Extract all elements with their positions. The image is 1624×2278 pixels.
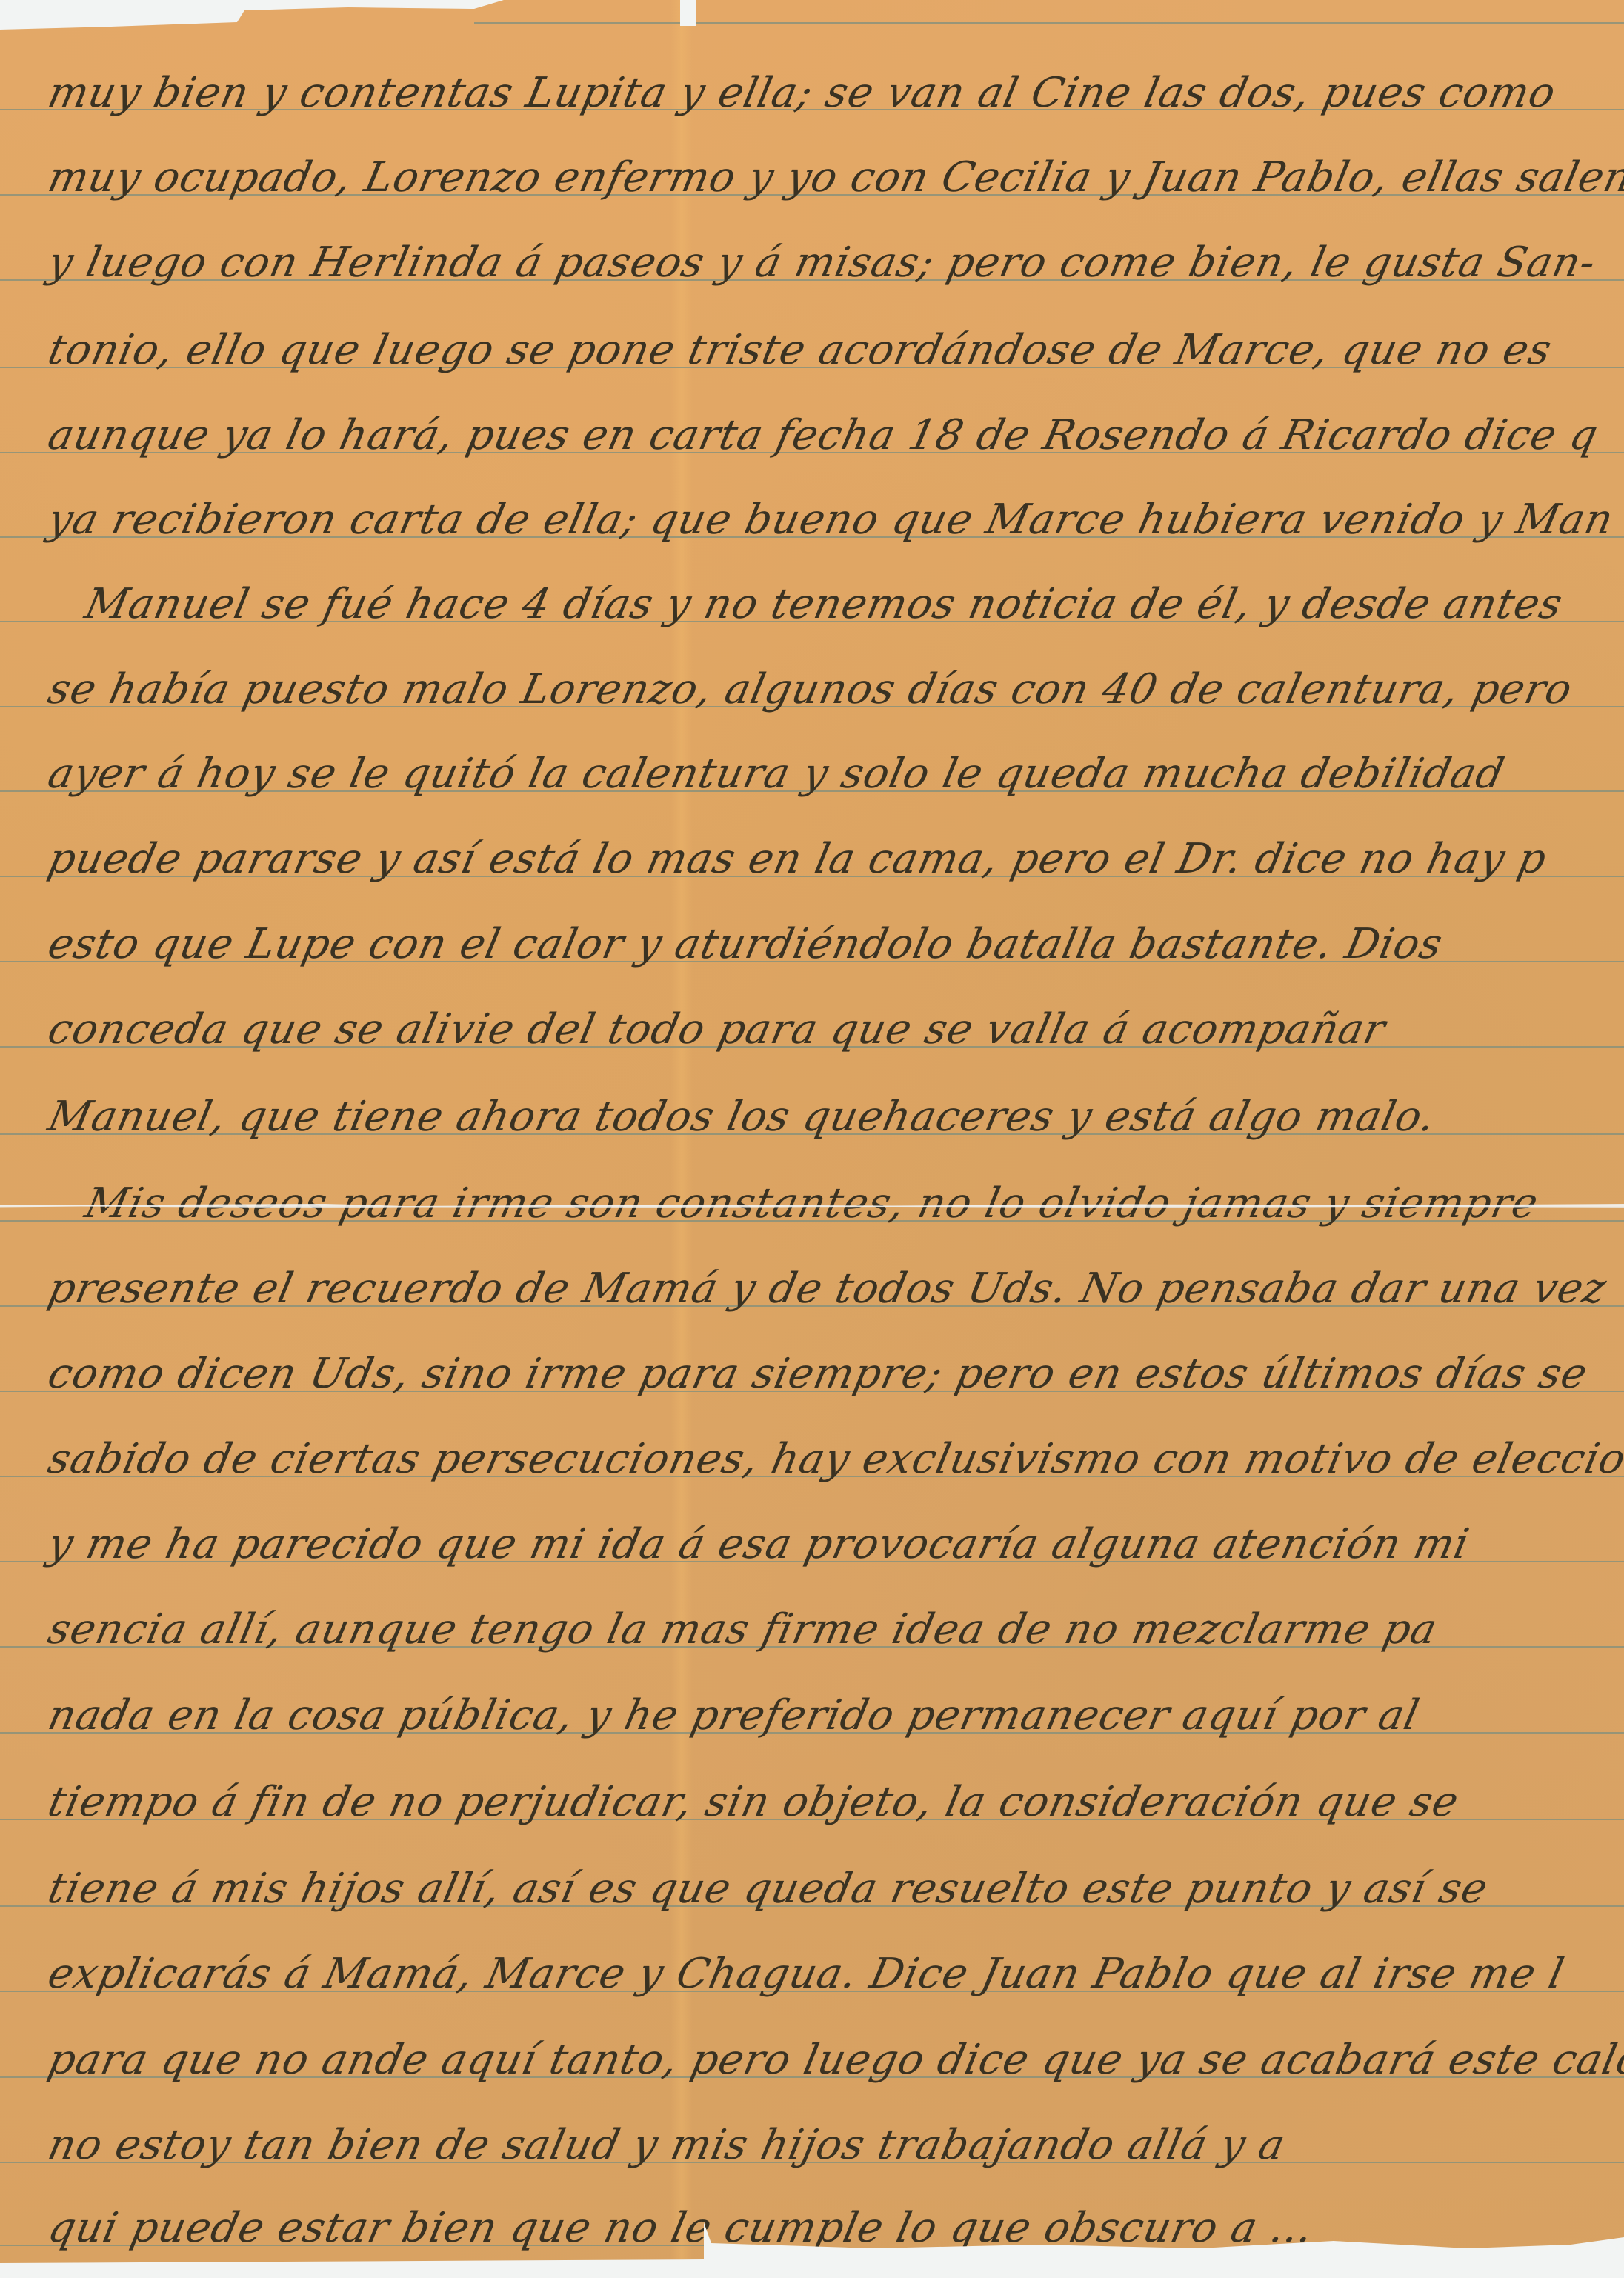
text-line: y luego con Herlinda á paseos y á misas;…	[44, 242, 1600, 284]
letter-page: muy bien y contentas Lupita y ella; se v…	[0, 0, 1624, 2278]
text-line: nada en la cosa pública, y he preferido …	[44, 1695, 1423, 1736]
text-line: ya recibieron carta de ella; que bueno q…	[44, 499, 1617, 541]
text-line: Manuel, que tiene ahora todos los quehac…	[44, 1096, 1440, 1138]
text-line: Manuel se fué hace 4 días y no tenemos n…	[81, 584, 1566, 625]
text-line: no estoy tan bien de salud y mis hijos t…	[44, 2125, 1289, 2166]
text-line: como dicen Uds, sino irme para siempre; …	[44, 1353, 1591, 1395]
text-line: conceda que se alivie del todo para que …	[44, 1009, 1389, 1050]
text-line: puede pararse y así está lo mas en la ca…	[44, 839, 1550, 880]
text-line: se había puesto malo Lorenzo, algunos dí…	[44, 669, 1576, 710]
text-line: y me ha parecido que mi ida á esa provoc…	[44, 1524, 1473, 1565]
text-line: muy ocupado, Lorenzo enfermo y yo con Ce…	[44, 157, 1624, 199]
text-line: ayer á hoy se le quitó la calentura y so…	[44, 753, 1508, 795]
text-line: tiene á mis hijos allí, así es que queda…	[44, 1868, 1491, 1910]
text-line: explicarás á Mamá, Marce y Chagua. Dice …	[44, 1954, 1568, 1995]
paper-notch	[680, 0, 696, 26]
text-line: aunque ya lo hará, pues en carta fecha 1…	[44, 415, 1602, 456]
text-line: para que no ande aquí tanto, pero luego …	[44, 2039, 1624, 2081]
text-line: tiempo á fin de no perjudicar, sin objet…	[44, 1782, 1462, 1823]
text-line: tonio, ello que luego se pone triste aco…	[44, 330, 1555, 371]
text-line: qui puede estar bien que no le cumple lo…	[44, 2208, 1317, 2249]
text-line: muy bien y contentas Lupita y ella; se v…	[44, 73, 1560, 114]
text-line: Mis deseos para irme son constantes, no …	[81, 1183, 1542, 1225]
text-line: esto que Lupe con el calor y aturdiéndol…	[44, 924, 1446, 965]
text-line: sabido de ciertas persecuciones, hay exc…	[44, 1439, 1624, 1480]
ruled-line	[474, 22, 1624, 24]
text-line: sencia allí, aunque tengo la mas firme i…	[44, 1609, 1441, 1651]
text-line: presente el recuerdo de Mamá y de todos …	[44, 1268, 1610, 1310]
